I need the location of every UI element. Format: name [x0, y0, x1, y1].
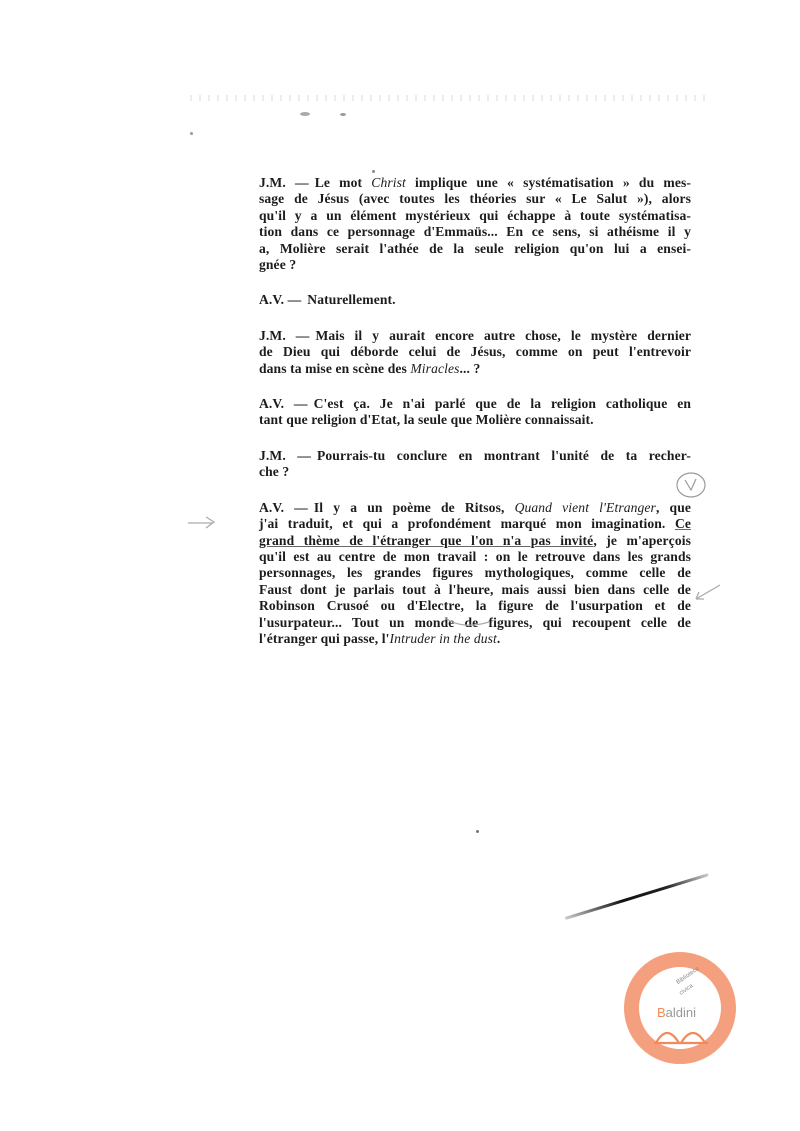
scan-speck — [300, 112, 310, 116]
text-line: A.V. —Naturellement. — [259, 292, 691, 308]
circled-v-mark-icon — [674, 470, 708, 500]
scan-speck — [476, 830, 479, 833]
interview-text: J.M. —Le mot Christ implique une « systé… — [259, 175, 691, 666]
dialogue-paragraph: J.M. —Mais il y aurait encore autre chos… — [259, 328, 691, 377]
margin-arrow-left-icon — [690, 582, 724, 604]
text-line: l'étranger qui passe, l'Intruder in the … — [259, 631, 691, 647]
text-line: Robinson Crusoé ou d'Electre, la figure … — [259, 598, 691, 614]
scanned-page: J.M. —Le mot Christ implique une « systé… — [0, 0, 800, 1131]
text-line: sage de Jésus (avec toutes les théories … — [259, 191, 691, 207]
underlined-text: grand thème de l'étranger que l'on n'a p… — [259, 533, 593, 548]
text-line: grand thème de l'étranger que l'on n'a p… — [259, 533, 691, 549]
text-line: j'ai traduit, et qui a profondément marq… — [259, 516, 691, 532]
scan-speck — [372, 170, 375, 173]
text-line: tant que religion d'Etat, la seule que M… — [259, 412, 691, 428]
text-line: qu'il est au centre de mon travail : on … — [259, 549, 691, 565]
pen-stroke — [565, 873, 709, 920]
stamp-brand: Baldini — [657, 1005, 696, 1020]
dialogue-paragraph: A.V. —C'est ça. Je n'ai parlé que de la … — [259, 396, 691, 429]
text-line: gnée ? — [259, 257, 691, 273]
speaker-label: J.M. — — [259, 328, 309, 343]
text-line: che ? — [259, 464, 691, 480]
text-line: A.V. —C'est ça. Je n'ai parlé que de la … — [259, 396, 691, 412]
text-line: A.V. —Il y a un poème de Ritsos, Quand v… — [259, 500, 691, 516]
underline-stroke — [443, 614, 493, 630]
text-line: a, Molière serait l'athée de la seule re… — [259, 241, 691, 257]
dialogue-paragraph: J.M. —Pourrais-tu conclure en montrant l… — [259, 448, 691, 481]
text-line: J.M. —Mais il y aurait encore autre chos… — [259, 328, 691, 344]
scan-speck — [340, 113, 346, 116]
dialogue-paragraph: A.V. —Naturellement. — [259, 292, 691, 308]
speaker-label: J.M. — — [259, 448, 311, 463]
dialogue-paragraph: J.M. —Le mot Christ implique une « systé… — [259, 175, 691, 273]
scan-noise — [190, 95, 710, 101]
library-stamp: Biblioteca civica Baldini — [624, 952, 736, 1064]
stamp-small-text: Biblioteca — [676, 966, 701, 986]
book-logo-icon — [653, 1023, 709, 1045]
text-line: tion dans ce personnage d'Emmaüs... En c… — [259, 224, 691, 240]
speaker-label: A.V. — — [259, 292, 301, 307]
speaker-label: J.M. — — [259, 175, 309, 190]
italic-title: Miracles — [410, 361, 459, 376]
text-line: de Dieu qui déborde celui de Jésus, comm… — [259, 344, 691, 360]
text-line: J.M. —Le mot Christ implique une « systé… — [259, 175, 691, 191]
text-line: J.M. —Pourrais-tu conclure en montrant l… — [259, 448, 691, 464]
margin-arrow-right-icon — [186, 512, 222, 532]
scan-speck — [190, 132, 193, 135]
text-line: dans ta mise en scène des Miracles... ? — [259, 361, 691, 377]
italic-title: Intruder in the dust — [390, 631, 497, 646]
speaker-label: A.V. — — [259, 396, 308, 411]
text-line: Faust dont je parlais tout à l'heure, ma… — [259, 582, 691, 598]
speaker-label: A.V. — — [259, 500, 308, 515]
underlined-text: Ce — [675, 516, 691, 531]
text-line: qu'il y a un élément mystérieux qui écha… — [259, 208, 691, 224]
italic-title: Quand vient l'Etranger — [515, 500, 656, 515]
italic-title: Christ — [371, 175, 406, 190]
text-line: personnages, les grandes figures mytholo… — [259, 565, 691, 581]
stamp-small-text: civica — [679, 983, 695, 997]
